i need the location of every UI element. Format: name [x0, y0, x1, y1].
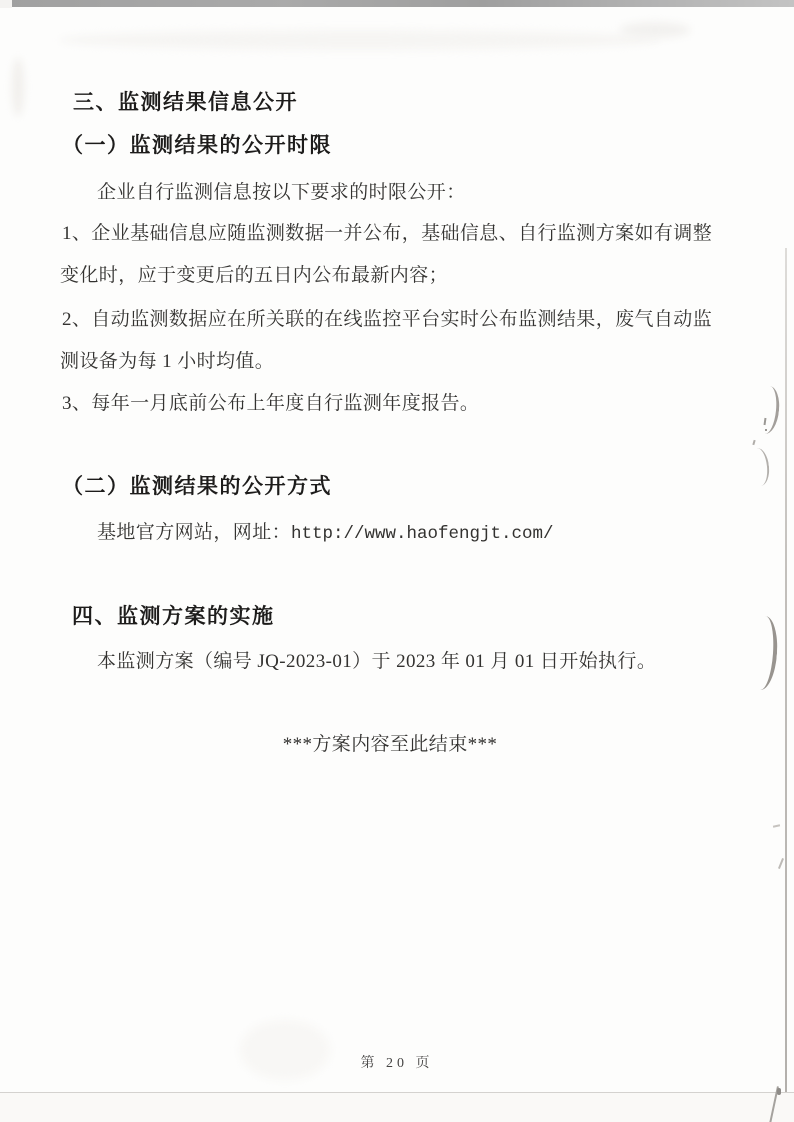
intro-paragraph: 企业自行监测信息按以下要求的时限公开：: [97, 181, 466, 204]
section3-sub2-heading: （二）监测结果的公开方式: [62, 474, 332, 499]
scan-right-edge-line: [785, 248, 787, 1093]
scan-bottom-right-mark: [777, 1088, 781, 1095]
scan-smudge: [60, 30, 660, 50]
scanned-document-page: 三、监测结果信息公开 （一）监测结果的公开时限 企业自行监测信息按以下要求的时限…: [0, 0, 794, 1122]
scan-smudge: [620, 22, 690, 38]
scan-pen-arc: [754, 385, 782, 435]
scan-pen-arc: [747, 447, 771, 487]
scan-mark: [778, 858, 784, 869]
scan-mark: [773, 824, 780, 827]
site-url: http://www.haofengjt.com/: [291, 524, 554, 544]
scan-mark: [752, 440, 755, 445]
scan-mark: [765, 429, 767, 431]
item2-line1: 2、自动监测数据应在所关联的在线监控平台实时公布监测结果，废气自动监: [62, 308, 712, 331]
site-label: 基地官方网站，网址：: [97, 522, 291, 543]
item2-line2: 测设备为每 1 小时均值。: [60, 350, 274, 373]
section3-sub1-heading: （一）监测结果的公开时限: [62, 133, 332, 158]
scan-top-edge-gap: [0, 0, 12, 8]
item1-line1: 1、企业基础信息应随监测数据一并公布，基础信息、自行监测方案如有调整: [62, 222, 712, 245]
end-marker: ***方案内容至此结束***: [0, 733, 780, 756]
implementation-line: 本监测方案（编号 JQ-2023-01）于 2023 年 01 月 01 日开始…: [97, 650, 656, 673]
item1-line2: 变化时，应于变更后的五日内公布最新内容；: [60, 264, 448, 287]
scan-bottom-area: [0, 1093, 794, 1122]
section4-heading: 四、监测方案的实施: [72, 605, 275, 629]
scan-top-edge: [10, 0, 794, 7]
scan-smudge: [12, 58, 24, 116]
page-number: 第 20 页: [0, 1052, 794, 1072]
section3-heading: 三、监测结果信息公开: [73, 91, 298, 115]
item3-line: 3、每年一月底前公布上年度自行监测年度报告。: [62, 392, 479, 415]
scan-pen-arc: [746, 615, 779, 691]
publish-method-line: 基地官方网站，网址：http://www.haofengjt.com/: [97, 521, 554, 546]
